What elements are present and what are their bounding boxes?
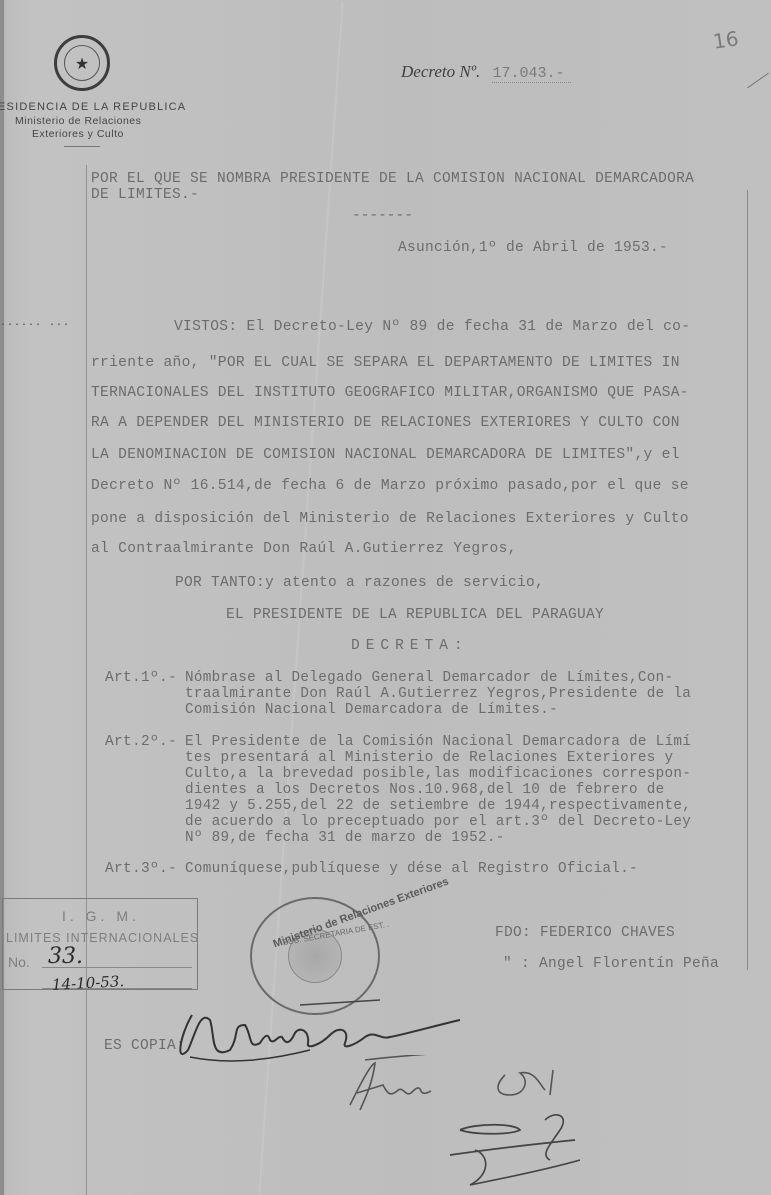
scan-edge bbox=[0, 0, 4, 1195]
considerando-line: pone a disposición del Ministerio de Rel… bbox=[91, 511, 689, 527]
article-1-line: traalmirante Don Raúl A.Gutierrez Yegros… bbox=[185, 686, 691, 702]
article-3-label: Art.3º.- bbox=[105, 861, 177, 877]
handwritten-registry-date: 14-10-53. bbox=[52, 972, 125, 994]
article-3-line: Comuníquese,publíquese y dése al Registr… bbox=[185, 861, 638, 877]
title-line-1: POR EL QUE SE NOMBRA PRESIDENTE DE LA CO… bbox=[91, 171, 694, 187]
article-1-label: Art.1º.- bbox=[105, 670, 177, 686]
letterhead-line-3: Exteriores y Culto bbox=[32, 128, 124, 140]
letterhead-line-2: Ministerio de Relaciones bbox=[15, 115, 141, 127]
considerando-line: al Contraalmirante Don Raúl A.Gutierrez … bbox=[91, 541, 517, 557]
considerando-line: TERNACIONALES DEL INSTITUTO GEOGRAFICO M… bbox=[91, 385, 689, 401]
article-2-label: Art.2º.- bbox=[105, 734, 177, 750]
article-2-line: Culto,a la brevedad posible,las modifica… bbox=[185, 766, 691, 782]
considerando-line: Decreto Nº 16.514,de fecha 6 de Marzo pr… bbox=[91, 478, 689, 494]
article-1-line: Comisión Nacional Demarcadora de Límites… bbox=[185, 702, 558, 718]
letterhead-line-1: ESIDENCIA DE LA REPUBLICA bbox=[0, 101, 186, 113]
article-2-line: tes presentará al Ministerio de Relacion… bbox=[185, 750, 673, 766]
considerando-line: rriente año, "POR EL CUAL SE SEPARA EL D… bbox=[91, 355, 680, 371]
margin-dots: ...... ... bbox=[0, 318, 70, 329]
place-date: Asunción,1º de Abril de 1953.- bbox=[398, 240, 668, 256]
pencil-mark bbox=[747, 73, 769, 89]
decreta-heading: DECRETA: bbox=[351, 638, 469, 654]
considerando-line: RA A DEPENDER DEL MINISTERIO DE RELACION… bbox=[91, 415, 680, 431]
article-2-line: 1942 y 5.255,del 22 de setiembre de 1944… bbox=[185, 798, 691, 814]
registry-stamp-subtitle: LIMITES INTERNACIONALES bbox=[6, 931, 199, 945]
letterhead-rule bbox=[64, 146, 100, 147]
article-1-line: Nómbrase al Delegado General Demarcador … bbox=[185, 670, 673, 686]
article-2-line: de acuerdo a lo preceptuado por el art.3… bbox=[185, 814, 691, 830]
article-2-line: dientes a los Decretos Nos.10.968,del 10… bbox=[185, 782, 665, 798]
issuer-line: EL PRESIDENTE DE LA REPUBLICA DEL PARAGU… bbox=[226, 607, 604, 623]
margin-line bbox=[86, 165, 87, 1195]
signed-by-line-2: " : Angel Florentín Peña bbox=[503, 956, 719, 972]
decree-label: Decreto Nº. bbox=[401, 62, 480, 81]
considerando-line: VISTOS: El Decreto-Ley Nº 89 de fecha 31… bbox=[174, 319, 690, 335]
handwritten-page-number: 16 bbox=[711, 26, 740, 53]
decree-number: 17.043.- bbox=[492, 65, 570, 83]
registry-stamp-no-label: No. bbox=[8, 954, 30, 970]
registry-stamp-title: I. G. M. bbox=[62, 908, 140, 924]
signed-by-line-1: FDO: FEDERICO CHAVES bbox=[495, 925, 675, 941]
article-2-line: Nº 89,de fecha 31 de marzo de 1952.- bbox=[185, 830, 505, 846]
coat-of-arms-seal-icon: ★ bbox=[54, 35, 110, 91]
por-tanto: POR TANTO:y atento a razones de servicio… bbox=[175, 575, 544, 591]
star-icon: ★ bbox=[64, 45, 100, 81]
document-page: ★ ESIDENCIA DE LA REPUBLICA Ministerio d… bbox=[0, 0, 771, 1195]
decree-number-block: Decreto Nº. 17.043.- bbox=[401, 62, 571, 82]
right-margin-line bbox=[747, 190, 748, 970]
article-2-line: El Presidente de la Comisión Nacional De… bbox=[185, 734, 691, 750]
title-line-2: DE LIMITES.- bbox=[91, 187, 199, 203]
handwritten-archive-note-icon bbox=[345, 1055, 580, 1195]
considerando-line: LA DENOMINACION DE COMISION NACIONAL DEM… bbox=[91, 447, 680, 463]
title-rule: ------- bbox=[352, 208, 413, 224]
handwritten-registry-number: 33. bbox=[48, 944, 83, 969]
